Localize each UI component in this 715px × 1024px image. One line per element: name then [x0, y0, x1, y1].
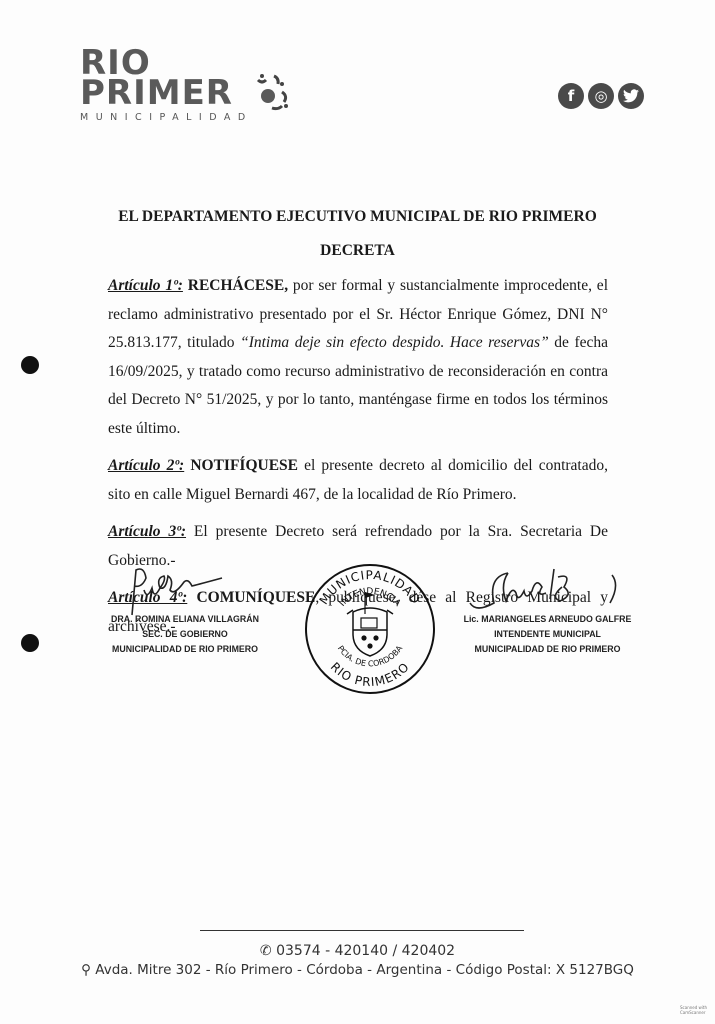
article-2: Artículo 2º: NOTIFÍQUESE el presente dec… — [108, 452, 608, 509]
article-label: Artículo 1º: — [108, 277, 183, 294]
document-heading: EL DEPARTAMENTO EJECUTIVO MUNICIPAL DE R… — [0, 208, 715, 226]
scanner-watermark: Scanned with CamScanner — [680, 1005, 707, 1015]
signatory-title: INTENDENTE MUNICIPAL — [455, 627, 640, 642]
municipal-seal: MUNICIPALIDAD INTENDENCIA PCIA. DE CORDO… — [303, 562, 437, 696]
punch-hole — [21, 356, 39, 374]
footer-phone: ✆ 03574 - 420140 / 420402 — [0, 943, 715, 959]
twitter-icon[interactable] — [618, 83, 644, 109]
facebook-icon[interactable]: f — [558, 83, 584, 109]
address-text: Avda. Mitre 302 - Río Primero - Córdoba … — [95, 962, 634, 978]
signature-scribble-right — [462, 565, 632, 615]
logo-subtitle: MUNICIPALIDAD — [80, 112, 300, 123]
article-verb: NOTIFÍQUESE — [190, 457, 298, 474]
signatory-title: SEC. DE GOBIERNO — [105, 627, 265, 642]
phone-icon: ✆ — [260, 943, 272, 959]
signatory-name: Lic. MARIANGELES ARNEUDO GALFRE — [455, 612, 640, 627]
article-label: Artículo 2º: — [108, 457, 184, 474]
punch-hole — [21, 634, 39, 652]
coat-of-arms-icon — [347, 592, 393, 656]
article-verb: RECHÁCESE, — [188, 277, 288, 294]
location-pin-icon: ⚲ — [81, 962, 91, 978]
svg-text:INTENDENCIA: INTENDENCIA — [338, 587, 403, 609]
article-1: Artículo 1º: RECHÁCESE, por ser formal y… — [108, 272, 608, 443]
document-subheading: DECRETA — [0, 242, 715, 260]
footer-address: ⚲ Avda. Mitre 302 - Río Primero - Córdob… — [0, 962, 715, 978]
signatory-institution: MUNICIPALIDAD DE RIO PRIMERO — [105, 642, 265, 657]
seal-inner-top-text: INTENDENCIA — [338, 587, 403, 609]
municipality-logo: RIO PRIMER MUNICIPALIDAD — [80, 48, 300, 123]
instagram-icon[interactable]: ◎ — [588, 83, 614, 109]
footer-divider — [200, 930, 524, 931]
signature-block-mayor: Lic. MARIANGELES ARNEUDO GALFRE INTENDEN… — [455, 612, 640, 657]
article-label: Artículo 3º: — [108, 523, 186, 540]
social-icons: f ◎ — [558, 83, 644, 109]
phone-number: 03574 - 420140 / 420402 — [276, 943, 455, 959]
article-quote: “Intima deje sin efecto despido. Hace re… — [240, 334, 549, 351]
signatory-name: DRA. ROMINA ELIANA VILLAGRÁN — [105, 612, 265, 627]
signature-block-secretary: DRA. ROMINA ELIANA VILLAGRÁN SEC. DE GOB… — [105, 612, 265, 657]
sun-logo-icon — [252, 72, 292, 112]
signatory-institution: MUNICIPALIDAD DE RIO PRIMERO — [455, 642, 640, 657]
